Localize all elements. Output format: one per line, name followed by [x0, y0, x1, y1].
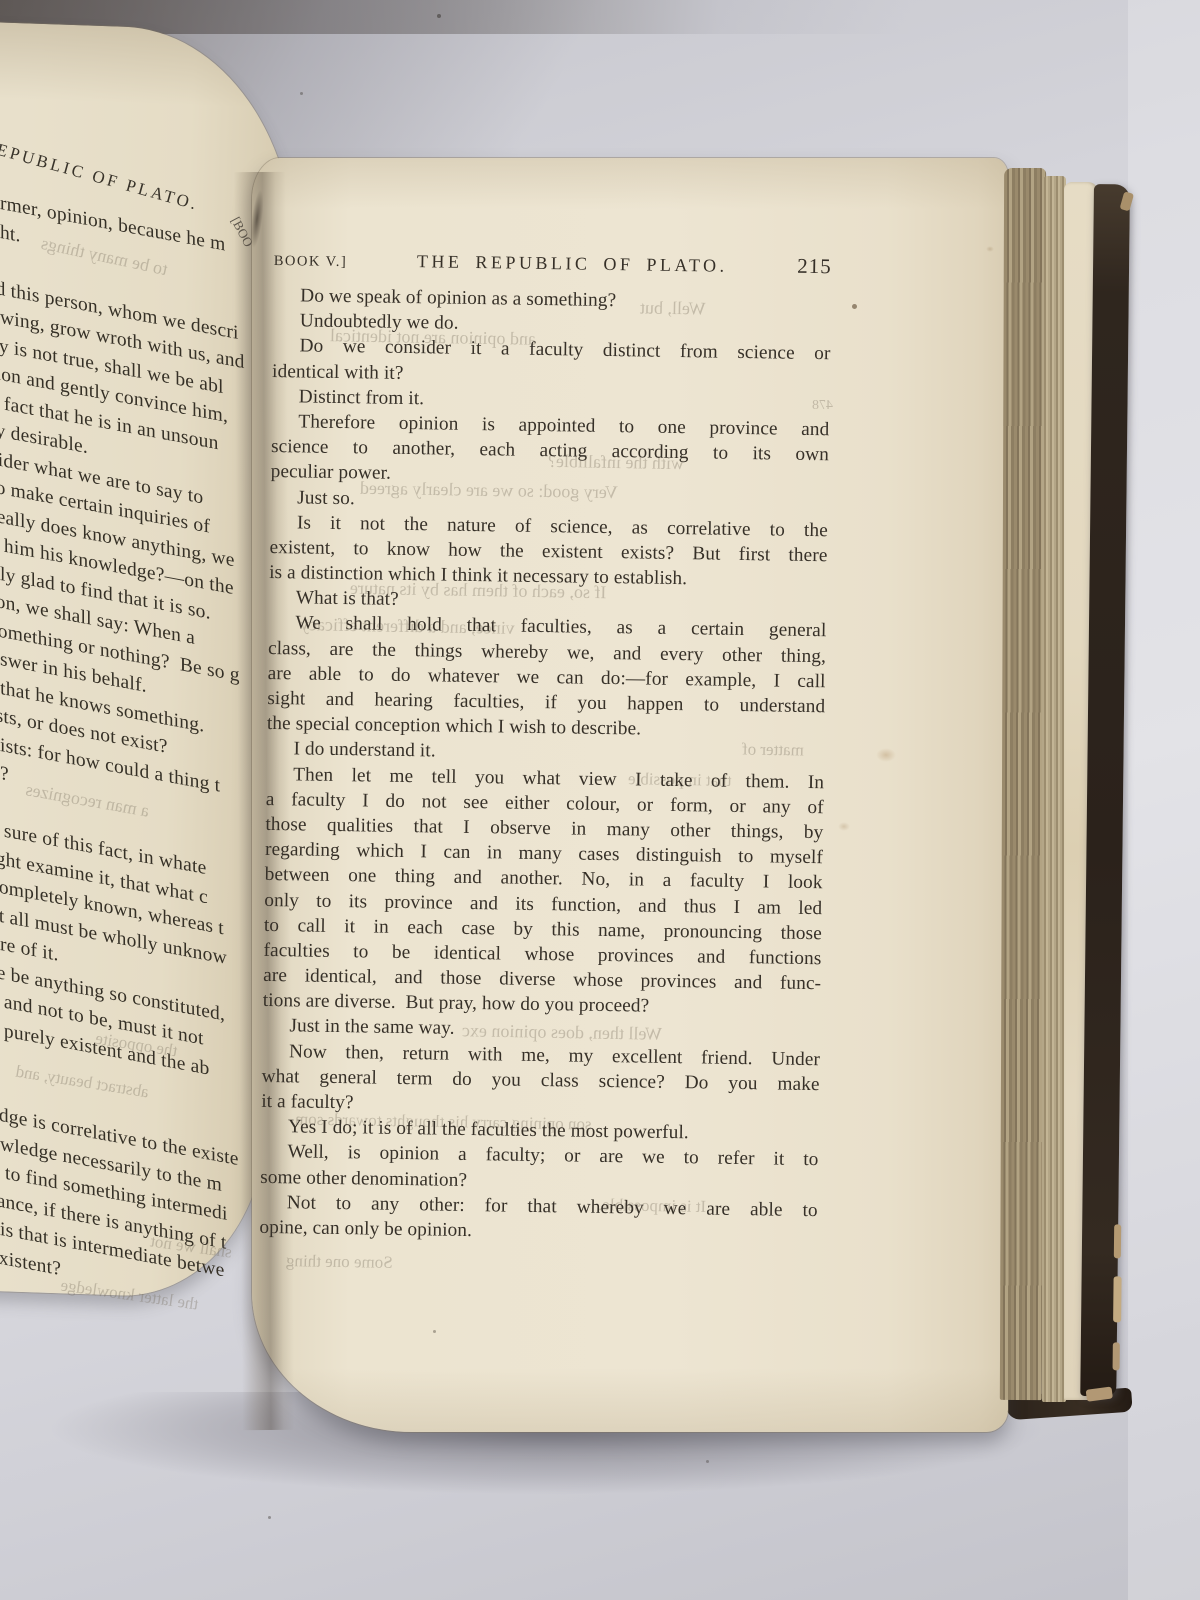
foxing-spot: [852, 304, 857, 309]
foxing-spot: [838, 822, 850, 831]
book-section-label: BOOK V.]: [274, 253, 348, 271]
foxing-spot: [876, 748, 896, 762]
page-block-fore-edge-light: [1042, 176, 1066, 1402]
cover-wear-chip: [1114, 1224, 1121, 1258]
dust-speck: [437, 14, 441, 18]
cover-wear-chip: [1113, 1276, 1122, 1322]
right-page-text-column: BOOK V.] THE REPUBLIC OF PLATO. 215 Do w…: [259, 246, 832, 1248]
ghost-showthrough-text: Some one thing: [286, 1251, 393, 1273]
right-page-body-text: Do we speak of opinion as a something?Un…: [259, 283, 831, 1248]
dust-speck: [300, 92, 303, 95]
running-title: THE REPUBLIC OF PLATO.: [417, 251, 728, 277]
photo-open-antique-book: REPUBLIC OF PLATO. [BOO ormer, opinion, …: [0, 0, 1200, 1600]
dust-speck: [433, 1330, 436, 1333]
cover-wear-chip: [1113, 1342, 1120, 1370]
background-right: [1128, 0, 1200, 1600]
foxing-spot: [986, 246, 994, 252]
page-number: 215: [797, 254, 832, 280]
page-block-fore-edge: [1000, 168, 1046, 1400]
dust-speck: [268, 1516, 271, 1519]
dust-speck: [706, 1460, 709, 1463]
